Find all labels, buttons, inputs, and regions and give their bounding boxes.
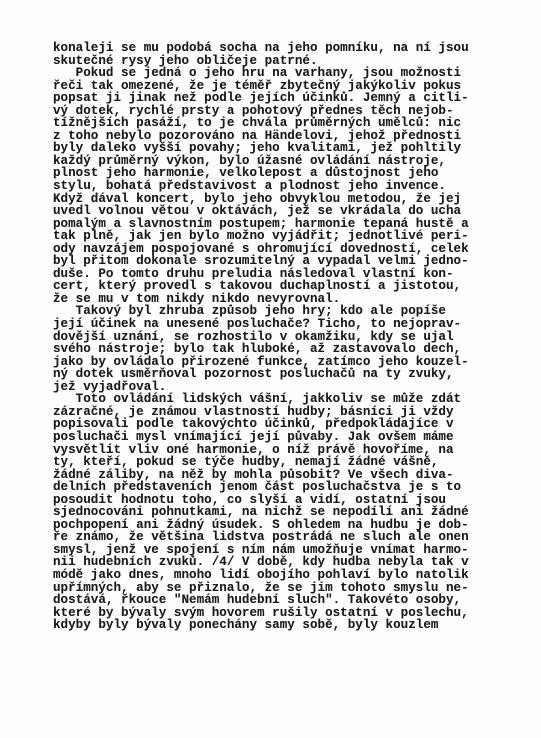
text-line: módě jako dnes, mnoho lidí obojího pohla…: [53, 569, 533, 582]
text-line: tak plně, jak jen bylo možno vyjádřit; j…: [53, 230, 533, 243]
text-line: ný dotek usměrňoval pozornost posluchačů…: [53, 368, 533, 381]
text-line: její účinek na unesené posluchače? Ticho…: [53, 318, 533, 331]
text-line: posluchači mysl vnímající její půvaby. J…: [53, 431, 533, 444]
text-line: delních představeních jenom část posluch…: [53, 481, 533, 494]
text-line: tížnějších pasáží, to je chvála průměrný…: [53, 117, 533, 130]
text-line: ře známo, že většina lidstva postrádá ne…: [53, 531, 533, 544]
text-line: ty, kteří, pokud se týče hudby, nemají ž…: [53, 456, 533, 469]
text-line: stylu, bohatá představivost a plodnost j…: [53, 180, 533, 193]
text-line: kdyby byly bývaly ponechány samy sobě, b…: [53, 619, 533, 632]
text-line: konaleji se mu podobá socha na jeho pomn…: [53, 42, 533, 55]
text-line: uvedl volnou větou v oktávách, jež se vk…: [53, 205, 533, 218]
text-line: sjednocováni pohnutkami, na nichž se nep…: [53, 506, 533, 519]
text-line: Pokud se jedná o jeho hru na varhany, js…: [53, 67, 533, 80]
text-line: Toto ovládání lidských vášní, jakkoliv s…: [53, 393, 533, 406]
text-line: dostává, řkouce "Nemám hudební sluch". T…: [53, 594, 533, 607]
document-page: konaleji se mu podobá socha na jeho pomn…: [0, 0, 541, 738]
text-line: svého nástroje; bylo tak hluboké, až zas…: [53, 343, 533, 356]
text-line: popsat ji jinak než podle jejích účinků.…: [53, 92, 533, 105]
text-line: byl přitom dokonale srozumitelný a vypad…: [53, 255, 533, 268]
typewritten-text-body: konaleji se mu podobá socha na jeho pomn…: [53, 42, 533, 632]
